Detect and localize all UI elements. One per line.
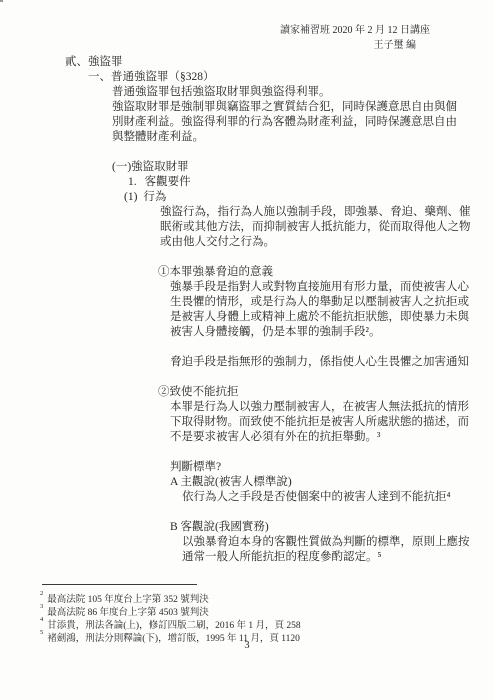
sub-heading: (一)強盜取財罪 <box>112 160 494 175</box>
section-heading: 一、普通強盜罪（§328） <box>88 70 494 85</box>
list-label: 行為 <box>143 191 166 203</box>
document-body: 貳、強盜罪 一、普通強盜罪（§328） 普通強盜罪包括強盜取財罪與強盜得利罪。 … <box>0 55 494 565</box>
paragraph-line: 生畏懼的情形，或是行為人的舉動足以壓制被害人之抗拒或 <box>170 295 494 310</box>
paragraph-line: 普通強盜罪包括強盜取財罪與強盜得利罪。 <box>112 85 494 100</box>
header-editor-line: 王子璽 編 <box>280 38 430 53</box>
list-label: 客觀要件 <box>145 176 191 188</box>
header-course-line: 讀家補習班 2020 年 2 月 12 日講座 <box>280 23 430 38</box>
paragraph-line: 眠術或其他方法，而抑制被害人抵抗能力，從而取得他人之物 <box>160 220 494 235</box>
paragraph-line: 通常一般人所能抗拒的程度參酌認定。⁵ <box>182 550 494 565</box>
blank-line <box>0 445 494 460</box>
paragraph-line: 或由他人交付之行為。 <box>160 235 494 250</box>
paragraph-line: 與整體財產利益。 <box>112 130 494 145</box>
document-page: 讀家補習班 2020 年 2 月 12 日講座 王子璽 編 貳、強盜罪 一、普通… <box>0 0 494 700</box>
paragraph-line: 以強暴脅迫本身的客觀性質做為判斷的標準，原則上應按 <box>182 535 494 550</box>
list-item-objective: 1.客觀要件 <box>128 175 494 190</box>
scan-artifact <box>0 0 3 2</box>
paragraph-line: 本罪是行為人以強力壓制被害人，在被害人無法抵抗的情形 <box>170 400 494 415</box>
view-b-heading: B 客觀說(我國實務) <box>170 520 494 535</box>
paragraph-line: 是被害人身體上或精神上處於不能抗拒狀態，即使暴力未與 <box>170 310 494 325</box>
blank-line <box>0 145 494 160</box>
blank-line <box>0 250 494 265</box>
standard-question: 判斷標準? <box>170 460 494 475</box>
paragraph-line: 別財產利益。強盜得利罪的行為客體為財產利益，同時保護意思自由 <box>112 115 494 130</box>
page-number: 3 <box>0 639 494 653</box>
page-header: 讀家補習班 2020 年 2 月 12 日講座 王子璽 編 <box>280 23 430 53</box>
paragraph-line: 脅迫手段是指無形的強制力，係指使人心生畏懼之加害通知 <box>170 355 494 370</box>
blank-line <box>0 370 494 385</box>
footnote: 4甘添貴，刑法各論(上)，修訂四版二刷，2016 年 1 月，頁 258 <box>40 616 464 629</box>
footnote-marker: 3 <box>40 603 43 610</box>
list-marker: 1. <box>128 176 137 188</box>
paragraph-line: 不是要求被害人必須有外在的抗拒舉動。³ <box>170 430 494 445</box>
list-item-conduct: (1)行為 <box>124 190 494 205</box>
blank-line <box>0 505 494 520</box>
paragraph-line: 依行為人之手段是否使個案中的被害人達到不能抗拒⁴ <box>182 490 494 505</box>
view-a-heading: A 主觀說(被害人標準說) <box>170 475 494 490</box>
paragraph-line: 被害人身體接觸，仍是本罪的強制手段²。 <box>170 325 494 340</box>
footnotes: 2最高法院 105 年度台上字第 352 號判決 3最高法院 86 年度台上字第… <box>40 590 464 642</box>
footnote: 3最高法院 86 年度台上字第 4503 號判決 <box>40 603 464 616</box>
blank-line <box>0 340 494 355</box>
footnote-marker: 2 <box>40 590 43 597</box>
footnote-divider <box>42 584 197 585</box>
paragraph-line: 強盜行為，指行為人施以強制手段，即強暴、脅迫、藥劑、催 <box>160 205 494 220</box>
point-heading: ②致使不能抗拒 <box>158 385 494 400</box>
point-heading: ①本罪強暴脅迫的意義 <box>158 265 494 280</box>
part-heading: 貳、強盜罪 <box>65 55 494 70</box>
paragraph-line: 下取得財物。而致使不能抗拒是被害人所處狀態的描述，而 <box>170 415 494 430</box>
paragraph-line: 強盜取財罪是強制罪與竊盜罪之實質結合犯，同時保護意思自由與個 <box>112 100 494 115</box>
footnote-marker: 4 <box>40 616 43 623</box>
paragraph-line: 強暴手段是指對人或對物直接施用有形力量，而使被害人心 <box>170 280 494 295</box>
list-marker: (1) <box>124 191 137 203</box>
footnote-marker: 5 <box>40 629 43 636</box>
footnote: 2最高法院 105 年度台上字第 352 號判決 <box>40 590 464 603</box>
